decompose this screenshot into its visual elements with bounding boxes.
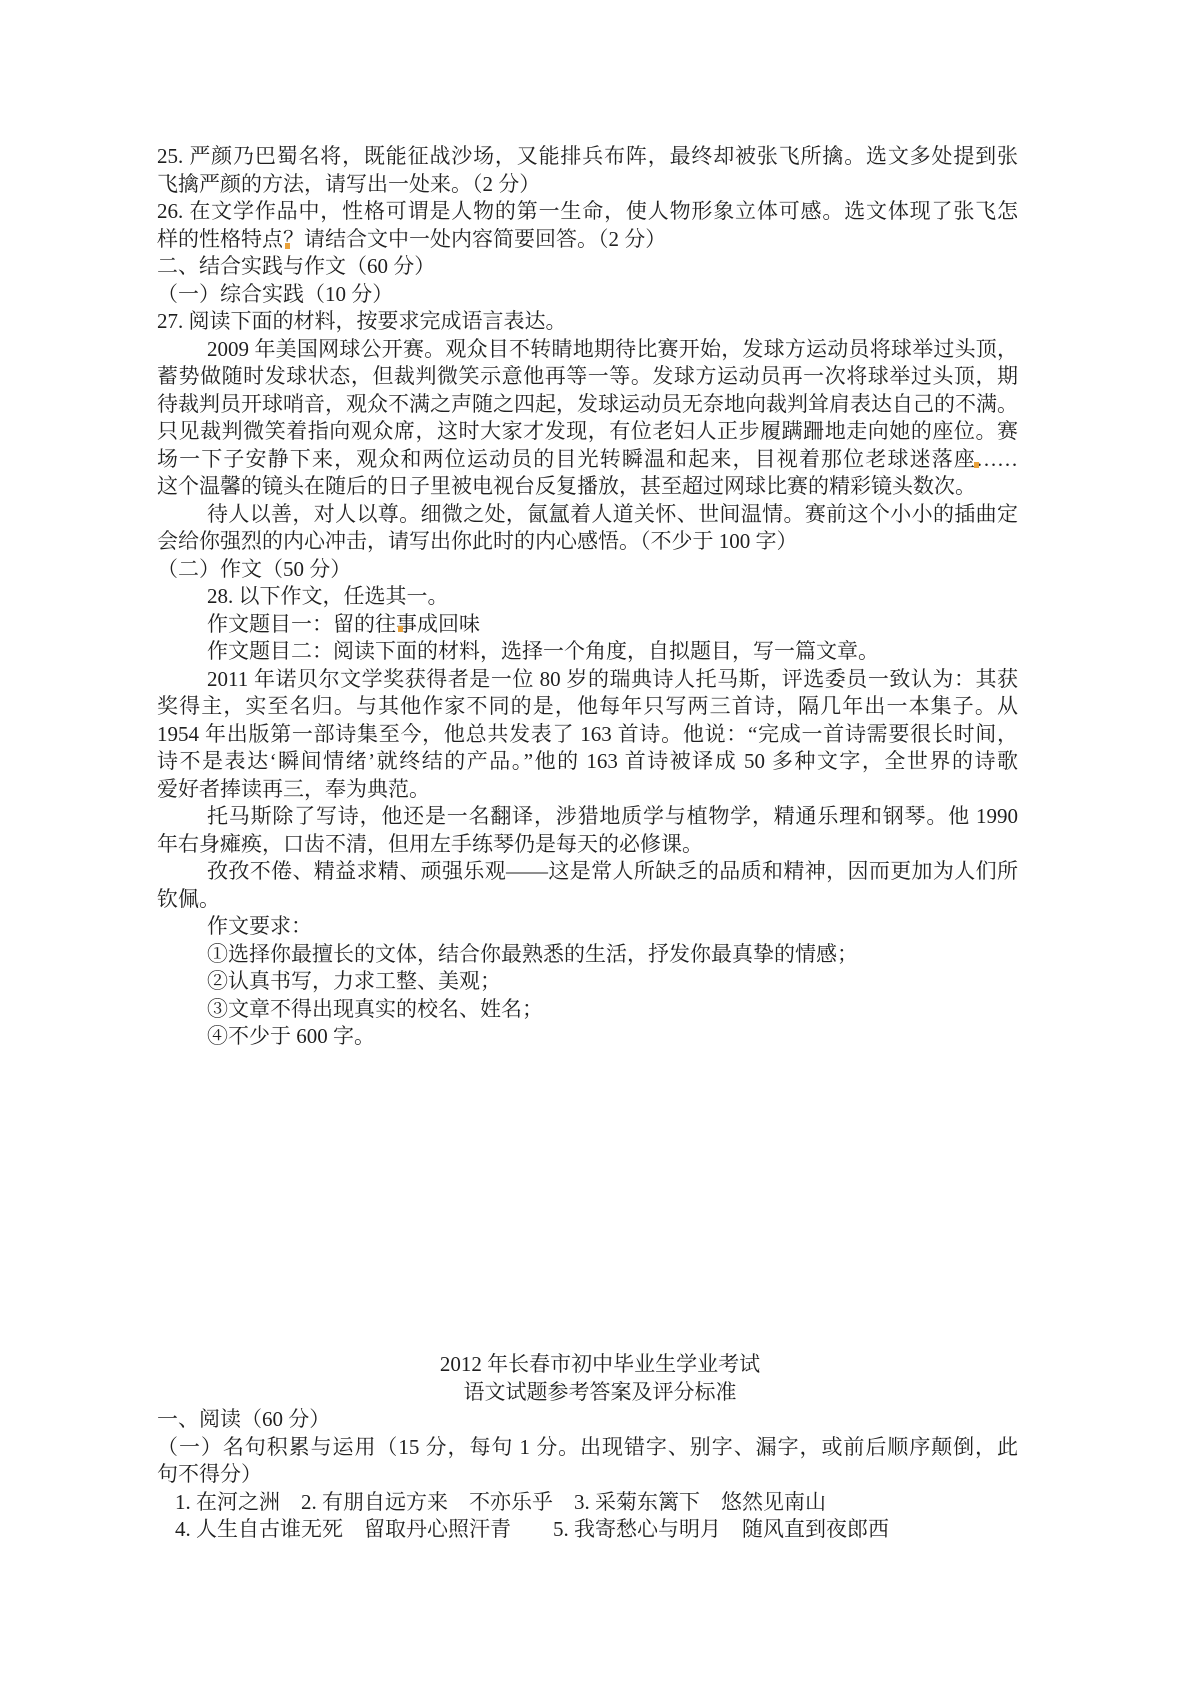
text-line: 待人以善，对人以尊。细微之处，氤氲着人道关怀、世间温情。赛前这个小小的插曲定 [157, 501, 1018, 529]
text-line: 这个温馨的镜头在随后的日子里被电视台反复播放，甚至超过网球比赛的精彩镜头数次。 [157, 473, 1018, 501]
text-line: 飞擒严颜的方法，请写出一处来。（2 分） [157, 171, 1018, 199]
text-line: ③文章不得出现真实的校名、姓名； [157, 996, 1018, 1024]
text-line: 作文题目二：阅读下面的材料，选择一个角度，自拟题目，写一篇文章。 [157, 638, 1018, 666]
text-line: 年右身瘫痪，口齿不清，但用左手练琴仍是每天的必修课。 [157, 831, 1018, 859]
text-line: 爱好者捧读再三，奉为典范。 [157, 776, 1018, 804]
answer-key-section: 2012 年长春市初中毕业生学业考试语文试题参考答案及评分标准一、阅读（60 分… [157, 1351, 1018, 1544]
text-line: 27. 阅读下面的材料，按要求完成语言表达。 [157, 308, 1018, 336]
answer-key-subtitle: 语文试题参考答案及评分标准 [0, 1379, 1200, 1407]
exam-questions-section: 25. 严颜乃巴蜀名将，既能征战沙场，又能排兵布阵，最终却被张飞所擒。选文多处提… [157, 143, 1018, 1051]
text-line: 4. 人生自古谁无死 留取丹心照汗青 5. 我寄愁心与明月 随风直到夜郎西 [157, 1516, 1018, 1544]
answer-key-title: 2012 年长春市初中毕业生学业考试 [0, 1351, 1200, 1379]
text-line: 孜孜不倦、精益求精、顽强乐观——这是常人所缺乏的品质和精神，因而更加为人们所 [157, 858, 1018, 886]
text-line: 会给你强烈的内心冲击，请写出你此时的内心感悟。（不少于 100 字） [157, 528, 1018, 556]
text-line: 一、阅读（60 分） [157, 1406, 1018, 1434]
text-line: 25. 严颜乃巴蜀名将，既能征战沙场，又能排兵布阵，最终却被张飞所擒。选文多处提… [157, 143, 1018, 171]
text-line: 1954 年出版第一部诗集至今，他总共发表了 163 首诗。他说：“完成一首诗需… [157, 721, 1018, 749]
text-line: 二、结合实践与作文（60 分） [157, 253, 1018, 281]
text-line: 2009 年美国网球公开赛。观众目不转睛地期待比赛开始，发球方运动员将球举过头顶… [157, 336, 1018, 364]
proofing-mark-icon [398, 626, 403, 632]
text-line: 场一下子安静下来，观众和两位运动员的目光转瞬温和起来，目视着那位老球迷落座…… [157, 446, 1018, 474]
proofing-mark-icon [974, 462, 979, 468]
text-line: 作文题目一：留的往事成回味 [157, 611, 1018, 639]
text-line: 26. 在文学作品中，性格可谓是人物的第一生命，使人物形象立体可感。选文体现了张… [157, 198, 1018, 226]
text-line: 奖得主，实至名归。与其他作家不同的是，他每年只写两三首诗，隔几年出一本集子。从 [157, 693, 1018, 721]
text-line: 28. 以下作文，任选其一。 [157, 583, 1018, 611]
proofing-mark-icon [285, 243, 290, 249]
text-line: 2011 年诺贝尔文学奖获得者是一位 80 岁的瑞典诗人托马斯，评选委员一致认为… [157, 666, 1018, 694]
text-line: ②认真书写，力求工整、美观； [157, 968, 1018, 996]
text-line: （一）综合实践（10 分） [157, 281, 1018, 309]
text-line: （二）作文（50 分） [157, 556, 1018, 584]
text-line: 诗不是表达‘瞬间情绪’就终结的产品。”他的 163 首诗被译成 50 多种文字，… [157, 748, 1018, 776]
text-line: ④不少于 600 字。 [157, 1023, 1018, 1051]
document-page: 25. 严颜乃巴蜀名将，既能征战沙场，又能排兵布阵，最终却被张飞所擒。选文多处提… [0, 0, 1200, 1698]
text-line: 蓄势做随时发球状态，但裁判微笑示意他再等一等。发球方运动员再一次将球举过头顶，期 [157, 363, 1018, 391]
text-line: 钦佩。 [157, 886, 1018, 914]
text-line: 托马斯除了写诗，他还是一名翻译，涉猎地质学与植物学，精通乐理和钢琴。他 1990 [157, 803, 1018, 831]
text-line: 1. 在河之洲 2. 有朋自远方来 不亦乐乎 3. 采菊东篱下 悠然见南山 [157, 1489, 1018, 1517]
text-line: 待裁判员开球哨音，观众不满之声随之四起，发球运动员无奈地向裁判耸肩表达自己的不满… [157, 391, 1018, 419]
text-line: 只见裁判微笑着指向观众席，这时大家才发现，有位老妇人正步履蹒跚地走向她的座位。赛 [157, 418, 1018, 446]
text-line: ①选择你最擅长的文体，结合你最熟悉的生活，抒发你最真挚的情感； [157, 941, 1018, 969]
text-line: 句不得分） [157, 1461, 1018, 1489]
text-line: 作文要求： [157, 913, 1018, 941]
text-line: （一）名句积累与运用（15 分，每句 1 分。出现错字、别字、漏字，或前后顺序颠… [157, 1434, 1018, 1462]
